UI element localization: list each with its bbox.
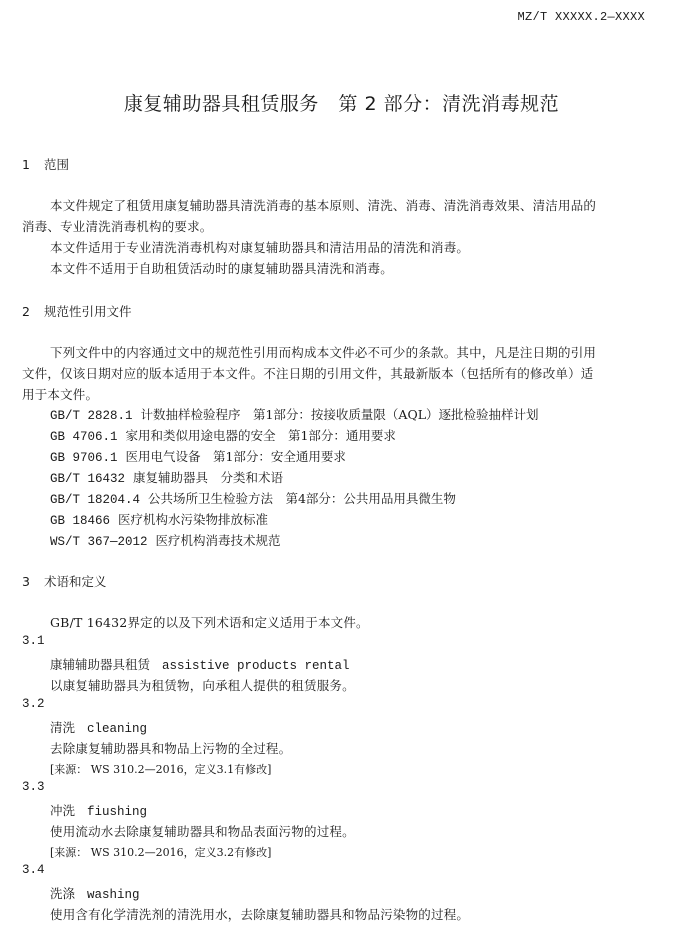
reference-code: GB 9706.1 — [50, 451, 118, 465]
term-entry: 洗涤washing — [50, 884, 140, 902]
reference-item: GB/T 2828.1 计数抽样检验程序 第1部分：按接收质量限（AQL）逐批检… — [50, 405, 539, 423]
clause-number: 3.2 — [22, 697, 45, 711]
reference-code: GB 18466 — [50, 514, 110, 528]
reference-title: 医疗机构消毒技术规范 — [155, 533, 280, 548]
section-number: 1 — [22, 157, 44, 172]
term-en: cleaning — [87, 722, 147, 736]
term-zh: 康辅辅助器具租赁 — [50, 657, 150, 672]
reference-code: WS/T 367—2012 — [50, 535, 148, 549]
reference-code: GB 4706.1 — [50, 430, 118, 444]
reference-title: 公共场所卫生检验方法 第4部分：公共用品用具微生物 — [148, 491, 456, 506]
scope-paragraph-2: 本文件适用于专业清洗消毒机构对康复辅助器具和清洁用品的清洗和消毒。 — [50, 238, 469, 256]
terms-intro: GB/T 16432界定的以及下列术语和定义适用于本文件。 — [50, 613, 369, 631]
term-definition: 使用流动水去除康复辅助器具和物品表面污物的过程。 — [50, 822, 355, 840]
section-number: 2 — [22, 304, 44, 319]
term-zh: 冲洗 — [50, 803, 75, 818]
term-definition: 去除康复辅助器具和物品上污物的全过程。 — [50, 739, 291, 757]
term-source: [来源： WS 310.2—2016，定义3.2有修改] — [50, 844, 271, 860]
reference-item: GB 9706.1 医用电气设备 第1部分：安全通用要求 — [50, 447, 346, 465]
scope-paragraph-3: 本文件不适用于自助租赁活动时的康复辅助器具清洗和消毒。 — [50, 259, 393, 277]
scope-paragraph-1-line-1: 本文件规定了租赁用康复辅助器具清洗消毒的基本原则、清洗、消毒、清洗消毒效果、清洁… — [50, 196, 596, 214]
reference-item: GB/T 16432 康复辅助器具 分类和术语 — [50, 468, 283, 486]
reference-title: 医用电气设备 第1部分：安全通用要求 — [125, 449, 345, 464]
reference-code: GB/T 18204.4 — [50, 493, 140, 507]
term-en: assistive products rental — [162, 659, 350, 673]
reference-title: 医疗机构水污染物排放标准 — [118, 512, 268, 527]
references-intro-line-2: 文件，仅该日期对应的版本适用于本文件。不注日期的引用文件，其最新版本（包括所有的… — [22, 364, 594, 382]
scope-paragraph-1-line-2: 消毒、专业清洗消毒机构的要求。 — [22, 217, 213, 235]
reference-item: GB/T 18204.4 公共场所卫生检验方法 第4部分：公共用品用具微生物 — [50, 489, 456, 507]
section-title: 规范性引用文件 — [44, 304, 132, 319]
section-title: 术语和定义 — [44, 574, 107, 589]
reference-title: 家用和类似用途电器的安全 第1部分：通用要求 — [125, 428, 395, 443]
section-3-heading: 3术语和定义 — [22, 572, 107, 590]
reference-item: WS/T 367—2012 医疗机构消毒技术规范 — [50, 531, 281, 549]
term-definition: 以康复辅助器具为租赁物，向承租人提供的租赁服务。 — [50, 676, 355, 694]
clause-number: 3.4 — [22, 863, 45, 877]
reference-code: GB/T 2828.1 — [50, 409, 133, 423]
reference-item: GB 18466 医疗机构水污染物排放标准 — [50, 510, 268, 528]
term-entry: 冲洗fiushing — [50, 801, 147, 819]
section-1-heading: 1范围 — [22, 155, 69, 173]
document-code: MZ/T XXXXX.2—XXXX — [517, 10, 645, 24]
reference-title: 计数抽样检验程序 第1部分：按接收质量限（AQL）逐批检验抽样计划 — [140, 407, 538, 422]
section-number: 3 — [22, 574, 44, 589]
clause-number: 3.1 — [22, 634, 45, 648]
reference-code: GB/T 16432 — [50, 472, 125, 486]
references-intro-line-3: 用于本文件。 — [22, 385, 98, 403]
references-intro-line-1: 下列文件中的内容通过文中的规范性引用而构成本文件必不可少的条款。其中，凡是注日期… — [50, 343, 596, 361]
clause-number: 3.3 — [22, 780, 45, 794]
term-zh: 洗涤 — [50, 886, 75, 901]
term-source: [来源： WS 310.2—2016，定义3.1有修改] — [50, 761, 271, 777]
section-title: 范围 — [44, 157, 69, 172]
term-definition: 使用含有化学清洗剂的清洗用水，去除康复辅助器具和物品污染物的过程。 — [50, 905, 469, 923]
reference-title: 康复辅助器具 分类和术语 — [133, 470, 283, 485]
term-en: fiushing — [87, 805, 147, 819]
reference-item: GB 4706.1 家用和类似用途电器的安全 第1部分：通用要求 — [50, 426, 396, 444]
term-zh: 清洗 — [50, 720, 75, 735]
term-entry: 清洗cleaning — [50, 718, 147, 736]
term-en: washing — [87, 888, 140, 902]
section-2-heading: 2规范性引用文件 — [22, 302, 132, 320]
term-entry: 康辅辅助器具租赁assistive products rental — [50, 655, 350, 673]
document-title: 康复辅助器具租赁服务 第 2 部分：清洗消毒规范 — [0, 89, 683, 116]
